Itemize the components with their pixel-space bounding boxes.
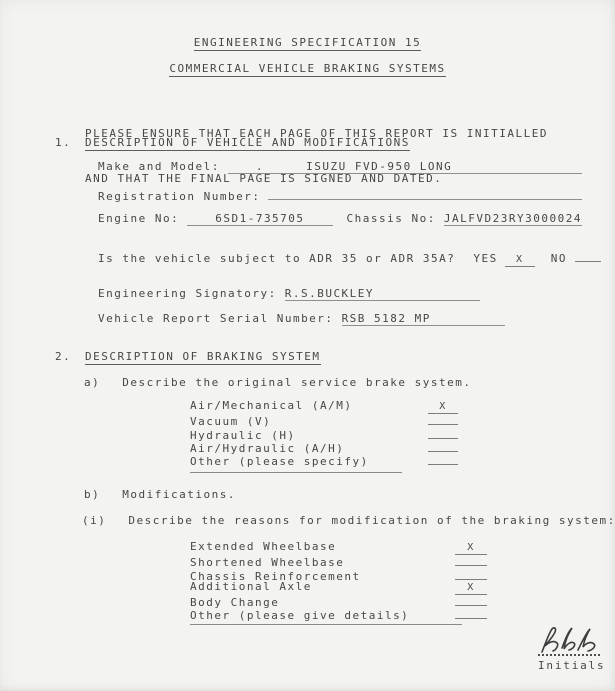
- option-label: Hydraulic (H): [190, 429, 428, 442]
- make-model-field: . ISUZU FVD-950 LONG: [228, 160, 582, 174]
- registration-field: [268, 187, 582, 200]
- initials-signature-icon: [538, 626, 600, 654]
- chassis-label: Chassis No:: [347, 212, 436, 225]
- option-checkline: [428, 426, 458, 439]
- option-row: Vacuum (V): [190, 412, 458, 425]
- option-checkline: [455, 593, 487, 606]
- sub-i-prompt: Describe the reasons for modification of…: [128, 514, 615, 527]
- initials-label: Initials: [538, 659, 604, 672]
- make-model-stray-dot: .: [256, 160, 264, 173]
- brake-system-options: Air/Mechanical (A/M) X Vacuum (V) Hydrau…: [190, 399, 458, 465]
- part-b-row: b) Modifications.: [84, 488, 236, 501]
- serial-row: Vehicle Report Serial Number: RSB 5182 M…: [98, 312, 505, 326]
- part-a-prompt: Describe the original service brake syst…: [122, 376, 471, 389]
- option-label: Vacuum (V): [190, 415, 428, 428]
- option-checkline: [455, 567, 487, 580]
- sub-i-label: (i): [82, 514, 106, 527]
- part-b-label: b): [84, 488, 100, 501]
- option-label: Shortened Wheelbase: [190, 556, 455, 569]
- part-b-prompt: Modifications.: [122, 488, 236, 501]
- serial-label: Vehicle Report Serial Number:: [98, 312, 334, 325]
- option-label: Body Change: [190, 596, 455, 609]
- signatory-label: Engineering Signatory:: [98, 287, 277, 300]
- option-checkline: [428, 452, 458, 465]
- adr-yes-checkline: X: [505, 254, 535, 267]
- adr-question: Is the vehicle subject to ADR 35 or ADR …: [98, 252, 455, 265]
- page-subtitle: COMMERCIAL VEHICLE BRAKING SYSTEMS: [0, 62, 615, 77]
- signatory-field: R.S.BUCKLEY: [285, 287, 480, 301]
- make-model-label: Make and Model:: [98, 160, 220, 173]
- page-title-text: ENGINEERING SPECIFICATION 15: [194, 36, 421, 51]
- serial-field: RSB 5182 MP: [342, 312, 505, 326]
- option-label: Air/Hydraulic (A/H): [190, 442, 428, 455]
- option-checkline: [455, 553, 487, 566]
- option-label: Air/Mechanical (A/M): [190, 399, 428, 412]
- initials-dotted-line: [538, 654, 600, 656]
- engine-label: Engine No:: [98, 212, 179, 225]
- option-label: Additional Axle: [190, 580, 455, 593]
- option-row: Body Change: [190, 593, 487, 606]
- chassis-field: JALFVD23RY3000024: [444, 212, 582, 226]
- make-model-row: Make and Model: . ISUZU FVD-950 LONG: [98, 160, 582, 174]
- option-checkline: [428, 412, 458, 425]
- make-model-value: ISUZU FVD-950 LONG: [306, 160, 452, 173]
- adr-no-checkline: [575, 249, 601, 262]
- section-2-heading: DESCRIPTION OF BRAKING SYSTEM: [85, 350, 321, 365]
- option-checkline: [428, 439, 458, 452]
- option-label: Other (please specify): [190, 455, 428, 468]
- adr-question-row: Is the vehicle subject to ADR 35 or ADR …: [98, 249, 601, 267]
- part-a-label: a): [84, 376, 100, 389]
- option-label: Other (please give details): [190, 609, 455, 622]
- registration-row: Registration Number:: [98, 187, 582, 203]
- scanned-form-page: ENGINEERING SPECIFICATION 15 COMMERCIAL …: [0, 0, 615, 691]
- option-row: Shortened Wheelbase: [190, 553, 487, 566]
- page-subtitle-text: COMMERCIAL VEHICLE BRAKING SYSTEMS: [169, 62, 445, 77]
- registration-label: Registration Number:: [98, 190, 260, 203]
- part-b-sub-i-row: (i) Describe the reasons for modificatio…: [82, 514, 615, 527]
- initials-block: Initials: [538, 626, 604, 672]
- part-b-write-in-line: [190, 624, 462, 625]
- option-label: Extended Wheelbase: [190, 540, 455, 553]
- adr-no-label: NO: [551, 252, 567, 265]
- part-a-row: a) Describe the original service brake s…: [84, 376, 472, 389]
- section-2-number: 2.: [55, 350, 71, 363]
- option-row: Additional Axle X: [190, 580, 487, 593]
- handwritten-initials: [538, 626, 604, 654]
- section-1-heading: DESCRIPTION OF VEHICLE AND MODIFICATIONS: [85, 136, 410, 151]
- option-row: Air/Mechanical (A/M) X: [190, 399, 458, 412]
- option-row: Extended Wheelbase X: [190, 540, 487, 553]
- adr-yes-label: YES: [473, 252, 497, 265]
- option-checkline: [455, 606, 487, 619]
- modification-reason-options: Extended Wheelbase X Shortened Wheelbase…: [190, 540, 487, 620]
- engine-field: 6SD1-735705: [187, 212, 332, 226]
- section-1-number: 1.: [55, 136, 71, 149]
- page-title: ENGINEERING SPECIFICATION 15: [0, 36, 615, 51]
- part-a-write-in-line: [190, 472, 402, 473]
- engine-chassis-row: Engine No: 6SD1-735705 Chassis No: JALFV…: [98, 212, 582, 226]
- signatory-row: Engineering Signatory: R.S.BUCKLEY: [98, 287, 480, 301]
